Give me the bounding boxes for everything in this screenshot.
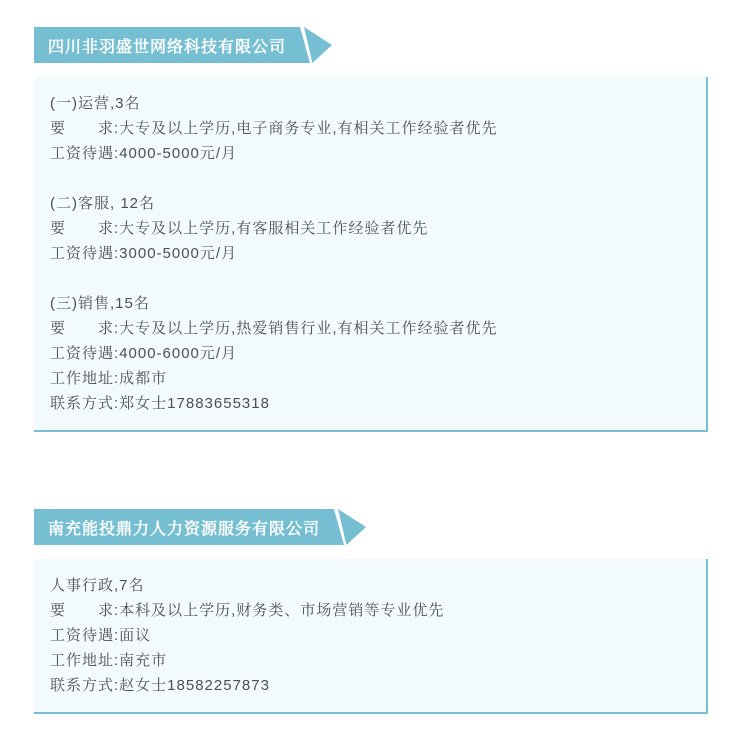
salary-line: 工资待遇:3000-5000元/月 xyxy=(50,241,690,266)
job-details-panel-1: (一)运营,3名 要 求:大专及以上学历,电子商务专业,有相关工作经验者优先 工… xyxy=(34,77,708,432)
company-section-1: 四川非羽盛世网络科技有限公司 (一)运营,3名 要 求:大专及以上学历,电子商务… xyxy=(34,27,736,432)
requirement-line: 要 求:大专及以上学历,有客服相关工作经验者优先 xyxy=(50,216,690,241)
contact-line: 联系方式:赵女士18582257873 xyxy=(50,673,690,698)
company-name: 南充能投鼎力人力资源服务有限公司 xyxy=(48,516,320,539)
job-title-line: (二)客服, 12名 xyxy=(50,191,690,216)
job-listings-page: 四川非羽盛世网络科技有限公司 (一)运营,3名 要 求:大专及以上学历,电子商务… xyxy=(0,0,736,714)
requirement-line: 要 求:大专及以上学历,热爱销售行业,有相关工作经验者优先 xyxy=(50,316,690,341)
address-line: 工作地址:成都市 xyxy=(50,366,690,391)
requirement-line: 要 求:本科及以上学历,财务类、市场营销等专业优先 xyxy=(50,598,690,623)
company-section-2: 南充能投鼎力人力资源服务有限公司 人事行政,7名 要 求:本科及以上学历,财务类… xyxy=(34,509,736,714)
company-name-banner: 四川非羽盛世网络科技有限公司 xyxy=(34,27,310,63)
company-banner-1: 四川非羽盛世网络科技有限公司 xyxy=(34,27,332,63)
job-title-line: (三)销售,15名 xyxy=(50,291,690,316)
salary-line: 工资待遇:4000-5000元/月 xyxy=(50,141,690,166)
contact-line: 联系方式:郑女士17883655318 xyxy=(50,391,690,416)
address-line: 工作地址:南充市 xyxy=(50,648,690,673)
salary-line: 工资待遇:面议 xyxy=(50,623,690,648)
spacer-line xyxy=(50,166,690,191)
company-name-banner: 南充能投鼎力人力资源服务有限公司 xyxy=(34,509,344,545)
company-name: 四川非羽盛世网络科技有限公司 xyxy=(48,34,286,57)
company-banner-2: 南充能投鼎力人力资源服务有限公司 xyxy=(34,509,366,545)
spacer-line xyxy=(50,266,690,291)
job-details-panel-2: 人事行政,7名 要 求:本科及以上学历,财务类、市场营销等专业优先 工资待遇:面… xyxy=(34,559,708,714)
requirement-line: 要 求:大专及以上学历,电子商务专业,有相关工作经验者优先 xyxy=(50,116,690,141)
job-title-line: (一)运营,3名 xyxy=(50,91,690,116)
job-title-line: 人事行政,7名 xyxy=(50,573,690,598)
salary-line: 工资待遇:4000-6000元/月 xyxy=(50,341,690,366)
